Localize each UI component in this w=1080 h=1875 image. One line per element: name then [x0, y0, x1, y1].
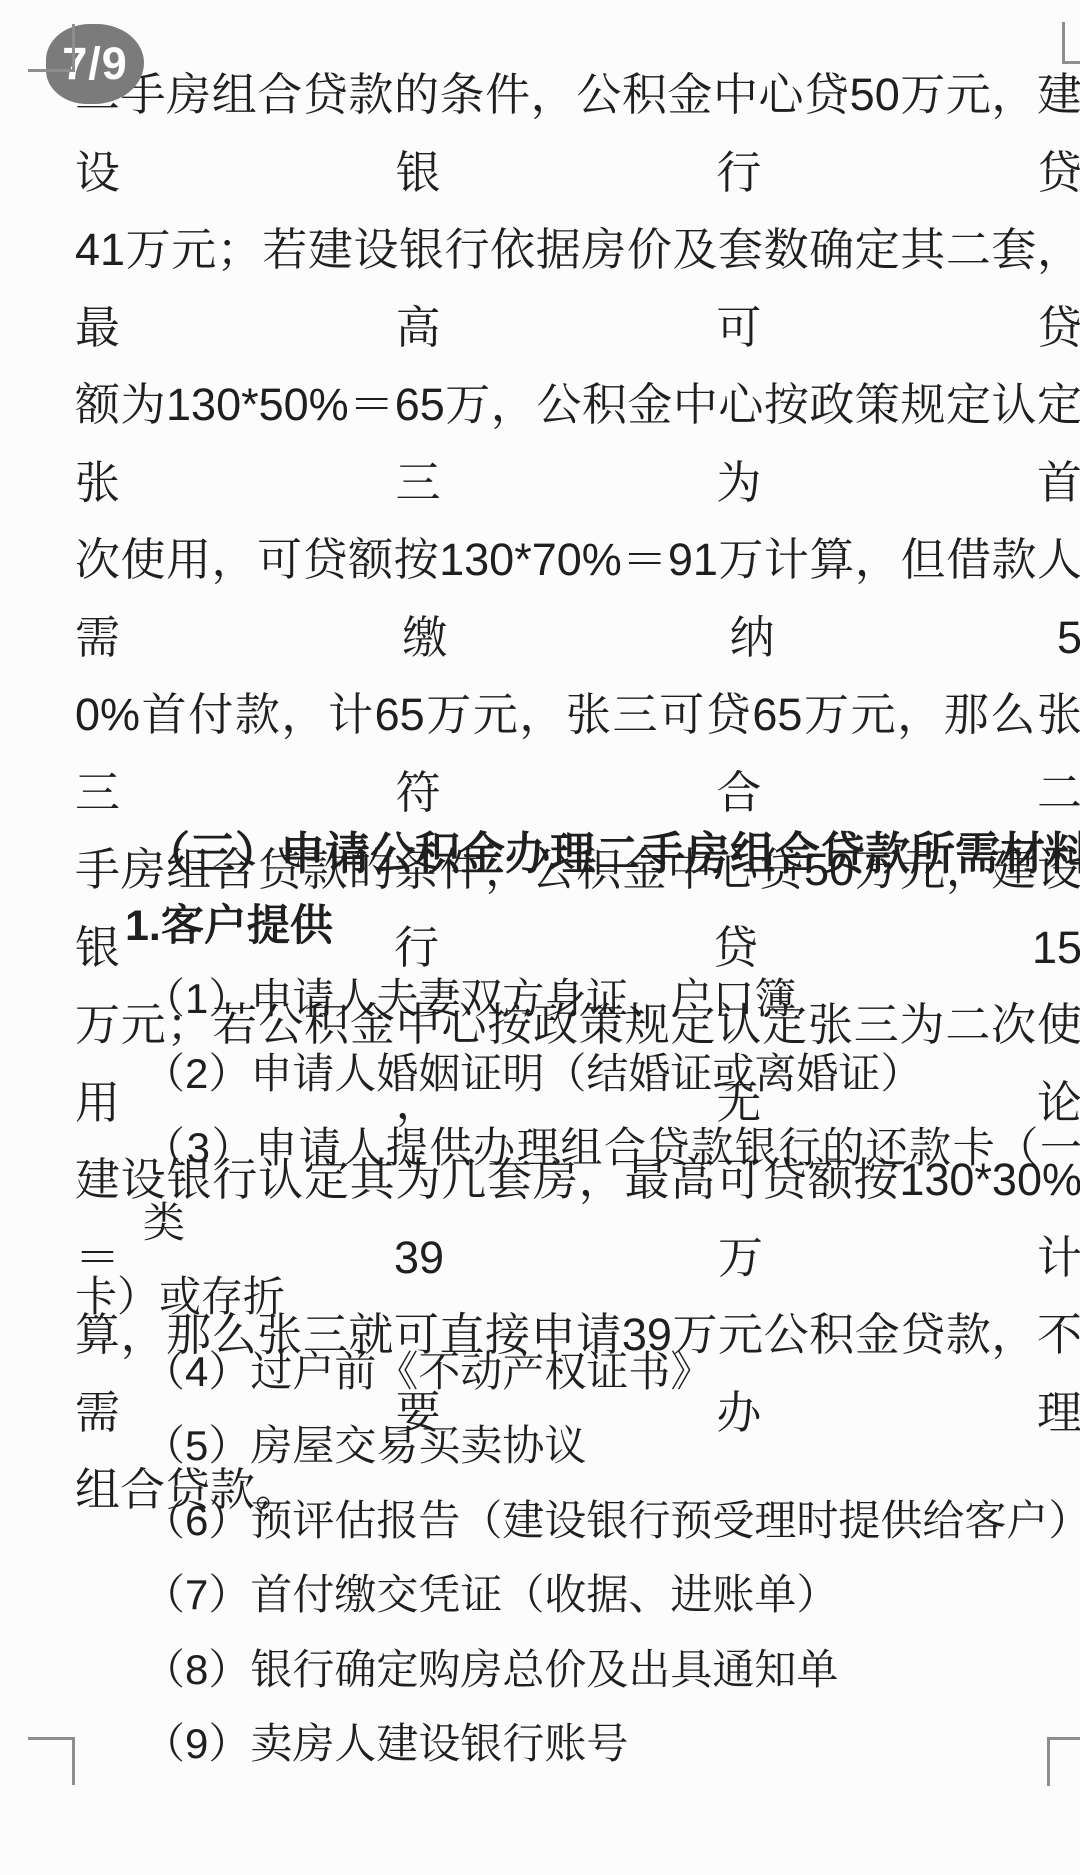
text-boundary-mark-top-right [1062, 22, 1080, 64]
list-item: （6）预评估报告（建设银行预受理时提供给客户） [75, 1484, 1080, 1559]
list-item: （1）申请人夫妻双方身证、户口簿 [75, 962, 1080, 1037]
paragraph-line: 次使用，可贷额按130*70%＝91万计算，但借款人需缴纳5 [75, 521, 1080, 676]
list-item: （7）首付缴交凭证（收据、进账单） [75, 1558, 1080, 1633]
list-item: （9）卖房人建设银行账号 [75, 1707, 1080, 1782]
text-boundary-mark-bottom-left [28, 1737, 75, 1785]
list-item: （2）申请人婚姻证明（结婚证或离婚证） [75, 1037, 1080, 1112]
list-item: （3）申请人提供办理组合贷款银行的还款卡（一类 [75, 1111, 1080, 1260]
paragraph-line: 41万元；若建设银行依据房价及套数确定其二套，最高可贷 [75, 211, 1080, 366]
list-item: （4）过户前《不动产权证书》 [75, 1335, 1080, 1410]
list-item: （5）房屋交易买卖协议 [75, 1409, 1080, 1484]
list-item: （8）银行确定购房总价及出具通知单 [75, 1633, 1080, 1708]
materials-list: （1）申请人夫妻双方身证、户口簿 （2）申请人婚姻证明（结婚证或离婚证） （3）… [75, 962, 1080, 1782]
document-viewer: { "doc": { "badge": "7/9", "paragraph_li… [0, 0, 1080, 1875]
paragraph-line: 0%首付款，计65万元，张三可贷65万元，那么张三符合二 [75, 676, 1080, 831]
text-boundary-mark-bottom-right [1047, 1737, 1080, 1786]
paragraph-line: 额为130*50%＝65万，公积金中心按政策规定认定张三为首 [75, 366, 1080, 521]
list-item-continuation: 卡）或存折 [75, 1260, 1080, 1335]
sub-heading: 1.客户提供 [75, 892, 1080, 960]
section-heading: （三）申请公积金办理二手房组合贷款所需材料 [75, 818, 1080, 890]
paragraph-line: 二手房组合贷款的条件，公积金中心贷50万元，建设银行贷 [75, 56, 1080, 211]
text-boundary-mark-top-left [28, 24, 75, 72]
